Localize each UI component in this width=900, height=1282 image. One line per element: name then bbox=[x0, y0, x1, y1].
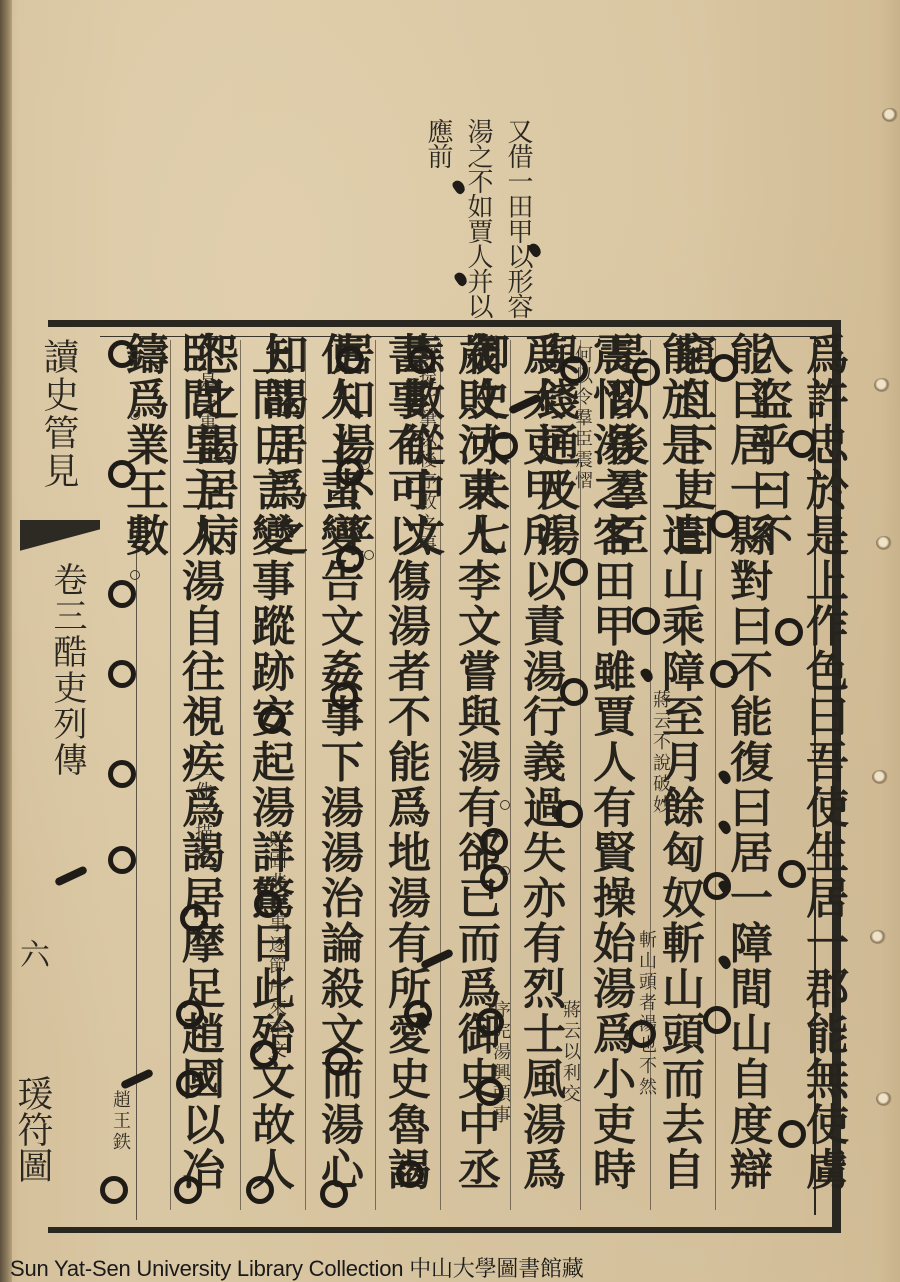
book-title: 讀史管見 bbox=[38, 338, 78, 490]
emphasis-circle bbox=[176, 1000, 204, 1028]
interlinear-note: 倒提一筆以後序敗之事 bbox=[416, 345, 436, 555]
emphasis-circle bbox=[490, 432, 518, 460]
top-margin-commentary: 又借一田甲以形容 湯之不如賈人并以 應前 bbox=[418, 118, 538, 323]
emphasis-circle bbox=[108, 580, 136, 608]
emphasis-circle bbox=[788, 430, 816, 458]
commentary-line: 又借一田甲以形容 bbox=[498, 118, 538, 323]
small-circle-mark bbox=[364, 550, 374, 560]
commentary-line: 應前 bbox=[418, 118, 458, 323]
emphasis-circle bbox=[710, 510, 738, 538]
emphasis-circle bbox=[632, 358, 660, 386]
commentary-line: 湯之不如賈人并以 bbox=[458, 118, 498, 323]
interlinear-note: 二件字描寫 bbox=[192, 760, 212, 865]
emphasis-circle bbox=[476, 1008, 504, 1036]
emphasis-circle bbox=[330, 682, 358, 710]
emphasis-circle bbox=[775, 618, 803, 646]
emphasis-circle bbox=[336, 346, 364, 374]
small-circle-mark bbox=[500, 866, 510, 876]
small-circle-mark bbox=[130, 350, 140, 360]
emphasis-circle bbox=[336, 545, 364, 573]
emphasis-circle bbox=[258, 706, 286, 734]
emphasis-circle bbox=[108, 660, 136, 688]
emphasis-circle bbox=[703, 1006, 731, 1034]
emphasis-circle bbox=[325, 1048, 353, 1076]
wormhole-mark bbox=[872, 770, 888, 784]
emphasis-circle bbox=[254, 890, 282, 918]
emphasis-circle bbox=[710, 354, 738, 382]
interlinear-note: 敗固非一事逐節序來李文 bbox=[266, 830, 286, 1061]
emphasis-circle bbox=[108, 846, 136, 874]
emphasis-circle bbox=[560, 558, 588, 586]
emphasis-circle bbox=[100, 1176, 128, 1204]
wormhole-mark bbox=[876, 1092, 892, 1106]
wormhole-mark bbox=[874, 378, 890, 392]
small-circle-mark bbox=[500, 800, 510, 810]
fishtail-mark bbox=[20, 520, 100, 554]
emphasis-circle bbox=[778, 860, 806, 888]
emphasis-circle bbox=[628, 1020, 656, 1048]
emphasis-circle bbox=[632, 607, 660, 635]
emphasis-circle bbox=[250, 1040, 278, 1068]
volume-and-chapter: 卷三酷吏列傳 bbox=[48, 562, 86, 778]
emphasis-circle bbox=[476, 1078, 504, 1106]
emphasis-circle bbox=[176, 1070, 204, 1098]
small-circle-mark bbox=[130, 570, 140, 580]
emphasis-circle bbox=[555, 800, 583, 828]
emphasis-circle bbox=[560, 678, 588, 706]
emphasis-circle bbox=[480, 828, 508, 856]
emphasis-circle bbox=[408, 346, 436, 374]
emphasis-circle bbox=[174, 1176, 202, 1204]
volume-label: 卷三 bbox=[47, 562, 87, 634]
emphasis-circle bbox=[560, 356, 588, 384]
wormhole-mark bbox=[870, 930, 886, 944]
interlinear-note: 是一事 bbox=[196, 372, 216, 435]
interlinear-note: 斬山頭者湯也不然 bbox=[636, 930, 656, 1098]
emphasis-circle bbox=[396, 1160, 424, 1188]
emphasis-circle bbox=[108, 460, 136, 488]
book-spine-edge bbox=[0, 0, 12, 1282]
small-circle-mark bbox=[360, 460, 370, 470]
wormhole-mark bbox=[876, 536, 892, 550]
small-circle-mark bbox=[130, 410, 140, 420]
emphasis-circle bbox=[320, 1180, 348, 1208]
chapter-title: 酷吏列傳 bbox=[47, 634, 87, 778]
banxin-fold-column: 讀史管見 卷三酷吏列傳 六 瑗符圖 bbox=[14, 330, 102, 1220]
interlinear-note: 蔣云不說破妙 bbox=[650, 690, 670, 816]
emphasis-circle bbox=[778, 1120, 806, 1148]
interlinear-note: 蔣云以利交 bbox=[560, 1000, 580, 1105]
library-watermark: Sun Yat-Sen University Library Collectio… bbox=[10, 1252, 584, 1282]
edition-mark: 瑗符圖 bbox=[12, 1075, 52, 1183]
emphasis-circle bbox=[108, 760, 136, 788]
interlinear-note: 趙王鉄 bbox=[110, 1090, 130, 1153]
emphasis-circle bbox=[246, 1176, 274, 1204]
page-number: 六 bbox=[20, 930, 50, 974]
emphasis-circle bbox=[180, 904, 208, 932]
wormhole-mark bbox=[882, 108, 898, 122]
emphasis-circle bbox=[710, 660, 738, 688]
